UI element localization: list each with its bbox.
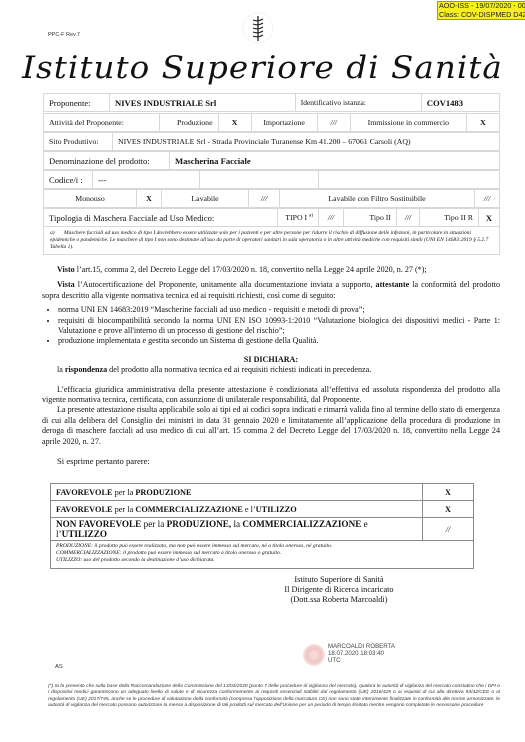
definition-use: UTILIZZO: uso del prodotto secondo la de… [56, 557, 468, 564]
opinion-unfavourable-label: NON FAVOREVOLE per la PRODUZIONE, la COM… [51, 518, 423, 541]
mask-type-2r-label: Tipo II R [420, 209, 479, 227]
digital-signature: MARCOALDI ROBERTA 18.07.2020 18:03:40 UT… [328, 643, 395, 665]
site-label: Sito Produttivo: [44, 133, 113, 151]
usage-single-use-label: Monouso [44, 190, 137, 208]
opinion-table: FAVOREVOLE per la PRODUZIONE X FAVOREVOL… [50, 483, 474, 569]
proponent-label: Proponente: [44, 94, 110, 112]
opinion-row: NON FAVOREVOLE per la PRODUZIONE, la COM… [51, 518, 474, 541]
product-info-table: Proponente: NIVES INDUSTRIALE Srl Identi… [43, 93, 500, 112]
opinion-production-mark: X [423, 484, 474, 501]
opinion-intro: Si esprime pertanto parere: [42, 456, 500, 466]
opinion-row: FAVOREVOLE per la PRODUZIONE X [51, 484, 474, 501]
visto-paragraph: Visto l’art.15, comma 2, del Decreto Leg… [42, 265, 500, 275]
requirement-item: requisiti di biocompatibilità secondo la… [58, 316, 500, 337]
document-body: Visto l’art.15, comma 2, del Decreto Leg… [42, 265, 500, 467]
activity-table: Attività del Proponente: Produzione X Im… [43, 113, 500, 132]
activity-market-mark: X [467, 114, 500, 132]
note-a-ref: a) [309, 213, 313, 218]
opinion-commercial-label: FAVOREVOLE per la COMMERCIALIZZAZIONE e … [51, 501, 423, 518]
usage-filter-label: Lavabile con Filtro Sostituibile [280, 190, 475, 208]
protocol-stamp: AOO-ISS - 19/07/2020 - 0025034 Class: CO… [437, 1, 525, 20]
site-value: NIVES INDUSTRIALE Srl - Strada Provincia… [113, 133, 500, 151]
codes-value: --- [93, 171, 200, 189]
iss-seal-icon [238, 8, 278, 48]
opinion-commercial-mark: X [423, 501, 474, 518]
opinion-unfavourable-mark: // [423, 518, 474, 541]
activity-import-label: Importazione [251, 114, 317, 132]
usage-washable-mark: /// [249, 190, 280, 208]
efficacy-paragraph: L’efficacia giuridica amministrativa del… [42, 385, 500, 406]
opinion-row: FAVOREVOLE per la COMMERCIALIZZAZIONE e … [51, 501, 474, 518]
mask-type-2-mark: /// [397, 209, 420, 227]
requirement-item: norma UNI EN 14683:2019 “Mascherine facc… [58, 305, 500, 315]
product-name-value: Mascherina Facciale [170, 152, 500, 170]
codes-empty-1 [200, 171, 319, 189]
mask-type-1-label: TIPO I a) [278, 209, 319, 227]
definition-production: PRODUZIONE: il prodotto può essere reali… [56, 543, 468, 550]
footnote: (*) Si fa presente che sulla base della … [48, 684, 500, 710]
activity-import-mark: /// [317, 114, 350, 132]
requirement-item: produzione implementata e gestita second… [58, 336, 500, 346]
mask-type-label: Tipologia di Maschera Facciale ad Uso Me… [44, 209, 278, 227]
activity-production-label: Produzione [160, 114, 219, 132]
instance-id-value: COV1483 [421, 94, 499, 112]
vista-paragraph: Vista l’Autocertificazione del Proponent… [42, 280, 500, 301]
usage-washable-label: Lavabile [162, 190, 249, 208]
codes-label: Codice/i : [44, 171, 93, 189]
signer-institute: Istituto Superiore di Sanità [254, 575, 424, 585]
instance-id-label: Identificativo istanza: [295, 94, 421, 112]
validity-paragraph: La presente attestazione risulta applica… [42, 405, 500, 447]
requirements-list: norma UNI EN 14683:2019 “Mascherine facc… [42, 305, 500, 347]
mask-type-2r-mark: X [479, 209, 500, 227]
proponent-value: NIVES INDUSTRIALE Srl [110, 94, 296, 112]
signer-name: (Dott.ssa Roberta Marcoaldi) [254, 595, 424, 605]
institute-name: Istituto Superiore di Sanità [0, 50, 525, 86]
mask-type-2-label: Tipo II [344, 209, 397, 227]
product-name-label: Denominazione del prodotto: [44, 152, 170, 170]
signer-role: Il Dirigente di Ricerca incaricato [254, 585, 424, 595]
codes-empty-2 [319, 171, 500, 189]
opinion-production-label: FAVOREVOLE per la PRODUZIONE [51, 484, 423, 501]
declaration-heading: SI DICHIARA: [42, 355, 500, 365]
mask-type-table: Tipologia di Maschera Facciale ad Uso Me… [43, 208, 500, 255]
declaration-text: la rispondenza del prodotto alla normati… [42, 365, 500, 375]
protocol-class: Class: COV-DISPMED D42 PREC [439, 11, 525, 20]
signature-block: Istituto Superiore di Sanità Il Dirigent… [254, 575, 424, 605]
activity-market-label: Immissione in commercio [350, 114, 466, 132]
activity-label: Attività del Proponente: [44, 114, 160, 132]
digital-signer: MARCOALDI ROBERTA [328, 643, 395, 650]
digital-signature-seal-icon [303, 644, 325, 666]
product-name-table: Denominazione del prodotto: Mascherina F… [43, 151, 500, 170]
note-a: a)Maschere facciali ad uso medico di tip… [44, 227, 500, 255]
digital-datetime: 18.07.2020 18:03:40 [328, 650, 395, 657]
site-table: Sito Produttivo: NIVES INDUSTRIALE Srl -… [43, 132, 500, 151]
codes-table: Codice/i : --- [43, 170, 500, 189]
mask-type-1-mark: /// [319, 209, 344, 227]
activity-production-mark: X [218, 114, 251, 132]
opinion-definitions: PRODUZIONE: il prodotto può essere reali… [51, 541, 474, 569]
definition-commercialisation: COMMERCIALIZZAZIONE: il prodotto può ess… [56, 550, 468, 557]
usage-filter-mark: /// [475, 190, 500, 208]
digital-timezone: UTC [328, 657, 395, 664]
usage-type-table: Monouso X Lavabile /// Lavabile con Filt… [43, 189, 500, 208]
form-revision: PPC-F Rev.7 [48, 32, 80, 38]
usage-single-use-mark: X [137, 190, 162, 208]
author-initials: AS [55, 664, 63, 670]
